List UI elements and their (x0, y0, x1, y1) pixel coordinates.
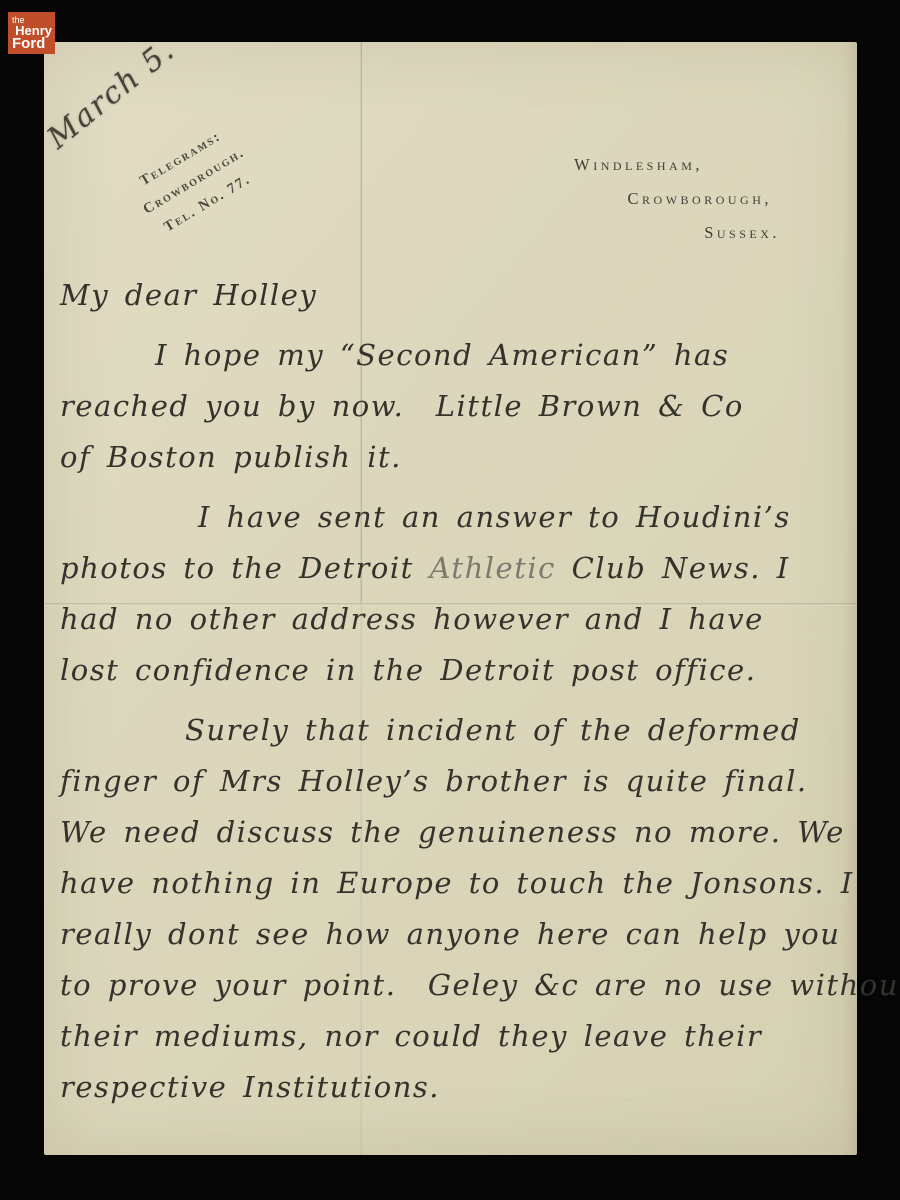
text-segment: finger of Mrs Holley’s brother is quite … (60, 764, 808, 798)
salutation: My dear Holley (60, 270, 844, 321)
letter-line: lost confidence in the Detroit post offi… (60, 645, 844, 696)
letter-line: respective Institutions. (60, 1062, 844, 1113)
text-segment: Athletic (430, 551, 556, 585)
text-segment: to prove your point. Geley &c are no use… (60, 968, 900, 1002)
letter-line: of Boston publish it. (60, 432, 844, 483)
text-segment: their mediums, nor could they leave thei… (60, 1019, 762, 1053)
handwritten-date: March 5. (41, 16, 206, 160)
letter-body: My dear Holley I hope my “Second America… (60, 270, 844, 1113)
text-segment: Surely that incident of the deformed (185, 713, 801, 747)
text-segment: reached you by now. Little Brown & Co (60, 389, 744, 423)
letterhead-line: Sussex. (474, 216, 780, 250)
henry-ford-logo: theHenryFord (8, 12, 55, 54)
letter-line: reached you by now. Little Brown & Co (60, 381, 844, 432)
text-segment: have nothing in Europe to touch the Jons… (60, 866, 854, 900)
letterhead-address: Windlesham,Crowborough,Sussex. (474, 148, 814, 250)
text-segment: We need discuss the genuineness no more.… (60, 815, 845, 849)
text-segment: respective Institutions. (60, 1070, 440, 1104)
letter-line: really dont see how anyone here can help… (60, 909, 844, 960)
text-segment: really dont see how anyone here can help… (60, 917, 840, 951)
text-segment: of Boston publish it. (60, 440, 402, 474)
letter-line: had no other address however and I have (60, 594, 844, 645)
letter-line: have nothing in Europe to touch the Jons… (60, 858, 844, 909)
letterhead-line: Windlesham, (474, 148, 703, 182)
text-segment: Club News. I (556, 551, 790, 585)
letter-line: I have sent an answer to Houdini’s (60, 492, 844, 543)
text-segment: I hope my “Second American” has (155, 338, 729, 372)
letter-line: their mediums, nor could they leave thei… (60, 1011, 844, 1062)
letterhead-line: Crowborough, (474, 182, 772, 216)
letter-page: March 5. Telegrams:Crowborough.Tel. No. … (44, 42, 857, 1155)
letter-line: I hope my “Second American” has (60, 330, 844, 381)
logo-text: Ford (12, 37, 55, 51)
letter-line: Surely that incident of the deformed (60, 705, 844, 756)
letter-line: photos to the Detroit Athletic Club News… (60, 543, 844, 594)
text-segment: had no other address however and I have (60, 602, 764, 636)
text-segment: I have sent an answer to Houdini’s (198, 500, 791, 534)
text-segment: photos to the Detroit (60, 551, 430, 585)
letter-line: We need discuss the genuineness no more.… (60, 807, 844, 858)
letter-line: to prove your point. Geley &c are no use… (60, 960, 844, 1011)
text-segment: lost confidence in the Detroit post offi… (60, 653, 756, 687)
letter-line: finger of Mrs Holley’s brother is quite … (60, 756, 844, 807)
